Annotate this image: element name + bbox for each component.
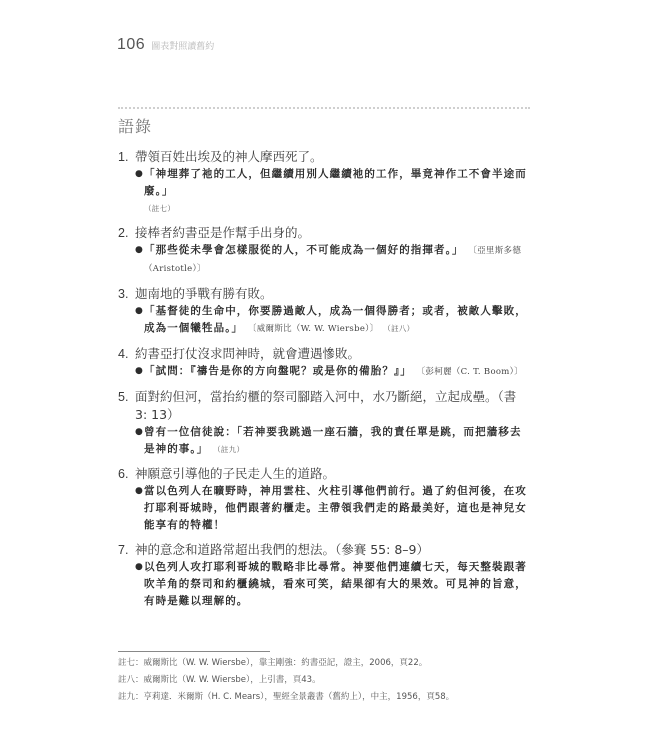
footnote-7: 註七：威爾斯比（W. W. Wiersbe），靠主剛強：約書亞記，證主，2006… <box>118 655 538 672</box>
list-item: 6. 神願意引導他的子民走人生的道路。 ● 當以色列人在曠野時，神用雲柱、火柱引… <box>118 465 530 534</box>
list-item: 5. 面對約但河，當抬約櫃的祭司腳踏入河中，水乃斷絕，立起成壘。（書 3: 13… <box>118 388 530 458</box>
item-text: 神的意念和道路常超出我們的想法。（參賽 55: 8–9） <box>135 541 530 559</box>
page-number: 106 <box>117 36 145 54</box>
quote: ● 「神埋葬了祂的工人，但繼續用別人繼續祂的工作，畢竟神作工不會半途而廢。」 （… <box>135 166 530 217</box>
quote-text: 「神埋葬了祂的工人，但繼續用別人繼續祂的工作，畢竟神作工不會半途而廢。」 <box>144 168 527 197</box>
item-number: 7. <box>118 541 135 559</box>
item-number: 2. <box>118 224 135 242</box>
list-item: 7. 神的意念和道路常超出我們的想法。（參賽 55: 8–9） ● 以色列人攻打… <box>118 541 530 610</box>
footnotes: 註七：威爾斯比（W. W. Wiersbe），靠主剛強：約書亞記，證主，2006… <box>118 655 538 706</box>
item-number: 1. <box>118 148 135 166</box>
item-text: 迦南地的爭戰有勝有敗。 <box>135 285 530 303</box>
footnote-8: 註八：威爾斯比（W. W. Wiersbe），上引書，頁43。 <box>118 672 538 689</box>
footnote-ref: （註七） <box>144 204 175 213</box>
running-head: 106 圖表對照讀舊約 <box>117 36 214 54</box>
bullet-icon: ● <box>135 242 144 278</box>
item-number: 6. <box>118 465 135 483</box>
item-number: 3. <box>118 285 135 303</box>
item-text: 神願意引導他的子民走人生的道路。 <box>135 465 530 483</box>
footnote-ref: （註八） <box>383 324 414 333</box>
quote-source: 〔彭柯麗（C. T. Boom）〕 <box>417 367 523 377</box>
quote: ● 以色列人攻打耶利哥城的戰略非比尋常。神要他們連續七天，每天整裝跟著吹羊角的祭… <box>135 559 530 610</box>
quote-text: 以色列人攻打耶利哥城的戰略非比尋常。神要他們連續七天，每天整裝跟著吹羊角的祭司和… <box>144 561 527 607</box>
item-text: 面對約但河，當抬約櫃的祭司腳踏入河中，水乃斷絕，立起成壘。（書 3: 13） <box>135 388 530 424</box>
list-item: 4. 約書亞打仗沒求問神時，就會遭遇慘敗。 ● 「試問：『禱告是你的方向盤呢？或… <box>118 345 530 381</box>
bullet-icon: ● <box>135 424 144 458</box>
footnote-9: 註九：亨莉達．米爾斯（H. C. Mears），聖經全景叢書（舊約上），中主，1… <box>118 689 538 706</box>
item-number: 4. <box>118 345 135 363</box>
quote-source: 〔威爾斯比（W. W. Wiersbe）〕 <box>248 324 379 334</box>
book-title: 圖表對照讀舊約 <box>151 39 214 52</box>
bullet-icon: ● <box>135 166 144 217</box>
quote-text: 曾有一位信徒說：「若神要我跳過一座石牆，我的責任單是跳，而把牆移去是神的事。」 <box>144 426 522 455</box>
item-number: 5. <box>118 388 135 424</box>
section-title: 語錄 <box>118 114 152 137</box>
bullet-icon: ● <box>135 483 144 534</box>
quote: ● 「基督徒的生命中，你要勝過敵人，成為一個得勝者；或者，被敵人擊敗，成為一個犧… <box>135 303 530 338</box>
quote-list: 1. 帶領百姓出埃及的神人摩西死了。 ● 「神埋葬了祂的工人，但繼續用別人繼續祂… <box>118 148 530 617</box>
bullet-icon: ● <box>135 303 144 338</box>
item-text: 帶領百姓出埃及的神人摩西死了。 <box>135 148 530 166</box>
item-text: 接棒者約書亞是作幫手出身的。 <box>135 224 530 242</box>
quote: ● 曾有一位信徒說：「若神要我跳過一座石牆，我的責任單是跳，而把牆移去是神的事。… <box>135 424 530 458</box>
footnote-ref: （註九） <box>213 445 244 454</box>
footnote-divider <box>118 651 270 652</box>
list-item: 3. 迦南地的爭戰有勝有敗。 ● 「基督徒的生命中，你要勝過敵人，成為一個得勝者… <box>118 285 530 338</box>
quote: ● 「那些從未學會怎樣服從的人，不可能成為一個好的指揮者。」 〔亞里斯多德（Ar… <box>135 242 530 278</box>
quote-text: 當以色列人在曠野時，神用雲柱、火柱引導他們前行。過了約但河後，在攻打耶利哥城時，… <box>144 485 527 531</box>
quote: ● 當以色列人在曠野時，神用雲柱、火柱引導他們前行。過了約但河後，在攻打耶利哥城… <box>135 483 530 534</box>
list-item: 2. 接棒者約書亞是作幫手出身的。 ● 「那些從未學會怎樣服從的人，不可能成為一… <box>118 224 530 278</box>
list-item: 1. 帶領百姓出埃及的神人摩西死了。 ● 「神埋葬了祂的工人，但繼續用別人繼續祂… <box>118 148 530 217</box>
quote-text: 「試問：『禱告是你的方向盤呢？或是你的備胎？』」 <box>144 365 412 377</box>
quote: ● 「試問：『禱告是你的方向盤呢？或是你的備胎？』」 〔彭柯麗（C. T. Bo… <box>135 363 530 381</box>
dotted-divider <box>118 107 530 109</box>
quote-text: 「那些從未學會怎樣服從的人，不可能成為一個好的指揮者。」 <box>144 244 464 256</box>
bullet-icon: ● <box>135 559 144 610</box>
bullet-icon: ● <box>135 363 144 381</box>
item-text: 約書亞打仗沒求問神時，就會遭遇慘敗。 <box>135 345 530 363</box>
